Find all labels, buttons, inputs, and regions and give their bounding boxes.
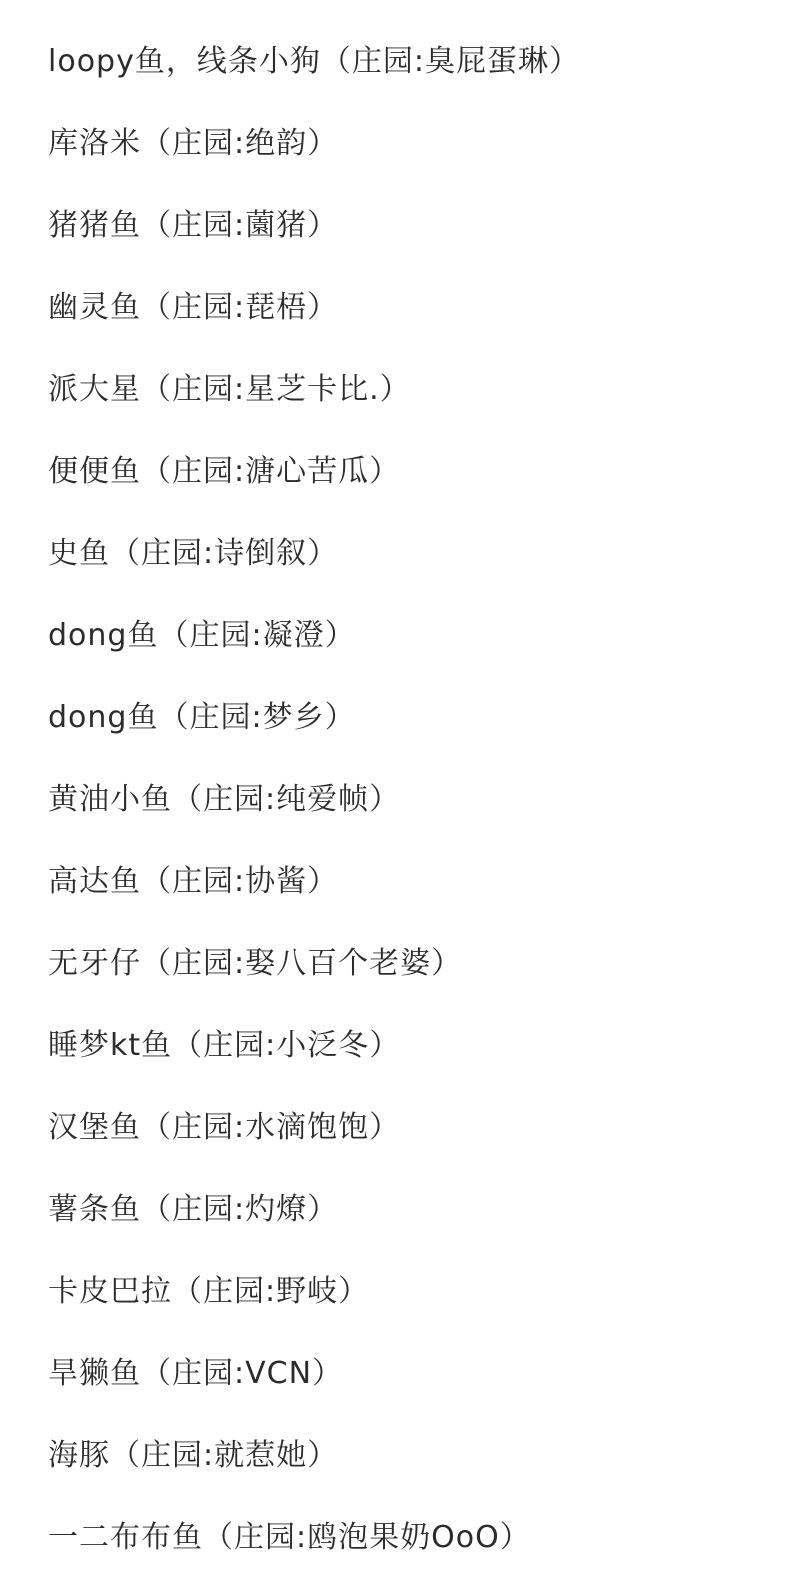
manor-name: 小泛冬 [276, 1028, 369, 1063]
manor-label-close: ） [307, 864, 338, 899]
list-item: 史鱼（庄园:诗倒叙） [48, 533, 780, 575]
manor-name: 野岐 [276, 1274, 338, 1309]
manor-label-open: （庄园: [141, 946, 245, 981]
manor-label-close: ） [307, 536, 338, 571]
fish-name: 薯条鱼 [48, 1192, 141, 1227]
manor-name: 星芝卡比. [245, 372, 380, 407]
manor-label-close: ） [369, 1110, 400, 1145]
fish-name: 卡皮巴拉 [48, 1274, 172, 1309]
list-item: 睡梦kt鱼（庄园:小泛冬） [48, 1025, 780, 1067]
manor-name: 水滴饱饱 [245, 1110, 369, 1145]
manor-name: 凝澄 [263, 618, 325, 653]
manor-label-close: ） [325, 618, 356, 653]
list-item: 便便鱼（庄园:溏心苦瓜） [48, 451, 780, 493]
manor-name: 绝韵 [245, 126, 307, 161]
fish-name: 高达鱼 [48, 864, 141, 899]
fish-name: 猪猪鱼 [48, 208, 141, 243]
manor-name: 纯爱帧 [276, 782, 369, 817]
manor-label-close: ） [307, 1192, 338, 1227]
fish-name: 史鱼 [48, 536, 110, 571]
manor-label-open: （庄园: [172, 1028, 276, 1063]
manor-name: 琵梧 [245, 290, 307, 325]
manor-name: VCN [245, 1356, 312, 1391]
list-item: 海豚（庄园:就惹她） [48, 1435, 780, 1477]
fish-name: 库洛米 [48, 126, 141, 161]
manor-label-open: （庄园: [141, 208, 245, 243]
fish-name: 海豚 [48, 1438, 110, 1473]
manor-label-close: ） [380, 372, 411, 407]
fish-manor-list: （庄园:） loopy鱼，线条小狗（庄园:臭屁蛋琳） 库洛米（庄园:绝韵） 猪猪… [0, 0, 800, 1559]
manor-name: 就惹她 [214, 1438, 307, 1473]
manor-name: 鸥泡果奶OoO [307, 1520, 500, 1555]
list-item: dong鱼（庄园:梦乡） [48, 697, 780, 739]
list-item: 薯条鱼（庄园:灼燎） [48, 1189, 780, 1231]
manor-label-open: （庄园: [158, 700, 262, 735]
manor-label-close: ） [500, 1520, 531, 1555]
list-item: 卡皮巴拉（庄园:野岐） [48, 1271, 780, 1313]
manor-name: 薗猪 [245, 208, 307, 243]
manor-name: 梦乡 [263, 700, 325, 735]
list-item: 库洛米（庄园:绝韵） [48, 123, 780, 165]
fish-name: dong鱼 [48, 700, 158, 735]
list-item: 高达鱼（庄园:协酱） [48, 861, 780, 903]
fish-name: 旱獭鱼 [48, 1356, 141, 1391]
manor-label-close: ） [307, 126, 338, 161]
manor-name: 臭屁蛋琳 [425, 44, 549, 79]
manor-label-open: （庄园: [110, 536, 214, 571]
fish-name: 一二布布鱼 [48, 1520, 203, 1555]
manor-name: 溏心苦瓜 [245, 454, 369, 489]
fish-name: 幽灵鱼 [48, 290, 141, 325]
manor-label-open: （庄园: [141, 290, 245, 325]
manor-label-close: ） [312, 1356, 343, 1391]
manor-label-open: （庄园: [141, 454, 245, 489]
manor-label-open: （庄园: [141, 126, 245, 161]
manor-label-close: ） [307, 208, 338, 243]
fish-name: 睡梦kt鱼 [48, 1028, 172, 1063]
manor-label-close: ） [307, 1438, 338, 1473]
manor-label-open: （庄园: [158, 618, 262, 653]
list-item: 汉堡鱼（庄园:水滴饱饱） [48, 1107, 780, 1149]
manor-label-close: ） [307, 290, 338, 325]
fish-name: 派大星 [48, 372, 141, 407]
manor-name: 诗倒叙 [214, 536, 307, 571]
manor-label-open: （庄园: [141, 372, 245, 407]
manor-label-close: ） [369, 454, 400, 489]
manor-label-open: （庄园: [172, 1274, 276, 1309]
manor-label-open: （庄园: [141, 1356, 245, 1391]
list-item: 无牙仔（庄园:娶八百个老婆） [48, 943, 780, 985]
manor-name: 娶八百个老婆 [245, 946, 431, 981]
manor-label-open: （庄园: [203, 1520, 307, 1555]
manor-name: 协酱 [245, 864, 307, 899]
list-item: 旱獭鱼（庄园:VCN） [48, 1353, 780, 1395]
fish-name: 汉堡鱼 [48, 1110, 141, 1145]
manor-label-open: （庄园: [172, 782, 276, 817]
fish-name: 无牙仔 [48, 946, 141, 981]
manor-name: 灼燎 [245, 1192, 307, 1227]
manor-label-open: （庄园: [141, 1192, 245, 1227]
list-item: 派大星（庄园:星芝卡比.） [48, 369, 780, 411]
manor-label-open: （庄园: [141, 864, 245, 899]
manor-label-close: ） [338, 1274, 369, 1309]
list-item: loopy鱼，线条小狗（庄园:臭屁蛋琳） [48, 41, 780, 83]
manor-label-close: ） [369, 1028, 400, 1063]
manor-label-close: ） [549, 44, 580, 79]
manor-label-close: ） [325, 700, 356, 735]
list-item: dong鱼（庄园:凝澄） [48, 615, 780, 657]
manor-label-open: （庄园: [321, 44, 425, 79]
list-item: 幽灵鱼（庄园:琵梧） [48, 287, 780, 329]
fish-name: dong鱼 [48, 618, 158, 653]
fish-name: 黄油小鱼 [48, 782, 172, 817]
list-item: 一二布布鱼（庄园:鸥泡果奶OoO） [48, 1517, 780, 1559]
fish-name: 便便鱼 [48, 454, 141, 489]
manor-label-open: （庄园: [141, 1110, 245, 1145]
manor-label-close: ） [431, 946, 462, 981]
list-item: 黄油小鱼（庄园:纯爱帧） [48, 779, 780, 821]
manor-label-open: （庄园: [110, 1438, 214, 1473]
manor-label-close: ） [369, 782, 400, 817]
list-item: 猪猪鱼（庄园:薗猪） [48, 205, 780, 247]
fish-name: loopy鱼，线条小狗 [48, 44, 321, 79]
